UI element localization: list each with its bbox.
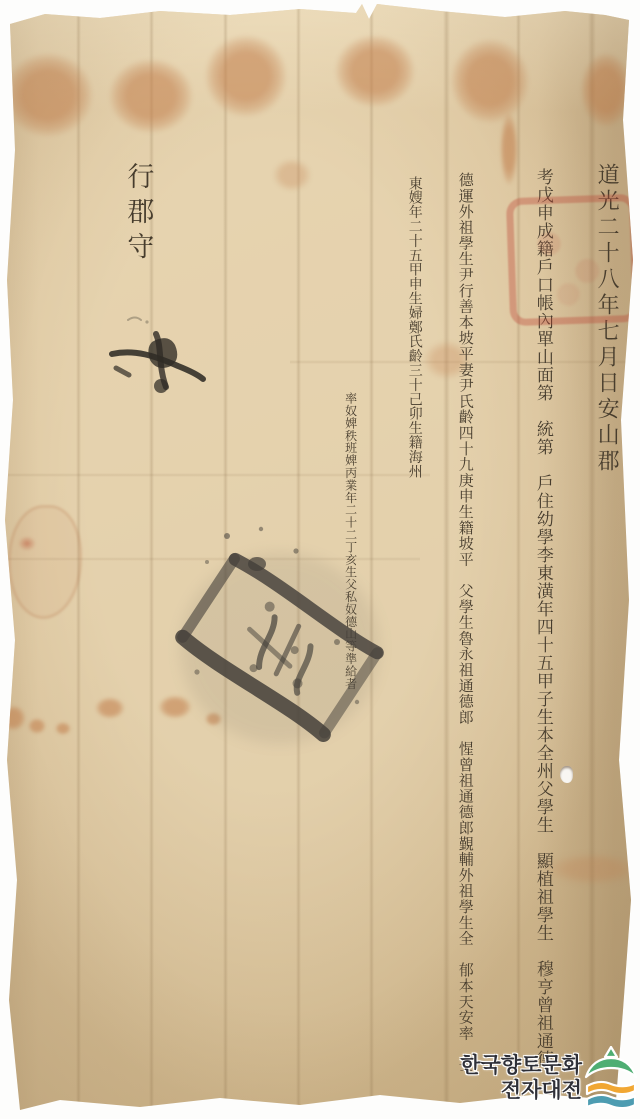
- document-paper: 道光二十八年七月日安山郡 考戊申成籍戶口帳內單山面第 統第 戶住幼學李東潢年四十…: [0, 0, 640, 1119]
- fold-crease: [516, 6, 521, 1111]
- watermark-logo-icon: [584, 1046, 638, 1112]
- black-stamp: [165, 520, 395, 770]
- text-column-official-title: 行郡守: [124, 162, 152, 267]
- stain-drip: [500, 112, 518, 186]
- text-column-main-2: 德運外祖學生尹行善本坡平妻尹氏齡四十九庚申生籍坡平 父學生魯永祖通德郎 惺曾祖通…: [456, 172, 472, 1073]
- fold-crease: [443, 6, 450, 1111]
- red-seal: [506, 194, 640, 326]
- stain: [0, 705, 26, 731]
- fold-crease: [0, 473, 430, 477]
- watermark: 한국향토문화 전자대전: [430, 1046, 638, 1112]
- paper-hole: [560, 766, 573, 783]
- stain: [108, 58, 194, 134]
- stain: [18, 536, 36, 551]
- stain: [450, 38, 530, 124]
- watermark-line-2: 전자대전: [430, 1079, 582, 1104]
- stain: [545, 853, 640, 885]
- stain: [95, 697, 125, 719]
- stain: [580, 52, 632, 128]
- stain: [28, 718, 46, 734]
- watermark-text: 한국향토문화 전자대전: [430, 1054, 582, 1104]
- signature-mark: [100, 312, 215, 407]
- stain: [55, 722, 71, 735]
- watermark-line-1: 한국향토문화: [430, 1054, 582, 1079]
- stain: [272, 158, 312, 192]
- stain: [2, 52, 94, 138]
- text-column-main-3: 東嫂年二十五甲申生婦鄭氏齡三十己卯生籍海州: [406, 176, 421, 478]
- scanned-document-page: 道光二十八年七月日安山郡 考戊申成籍戶口帳內單山面第 統第 戶住幼學李東潢年四十…: [0, 0, 640, 1119]
- ring-stain: [8, 505, 82, 619]
- stain: [204, 34, 288, 118]
- stain: [334, 34, 416, 108]
